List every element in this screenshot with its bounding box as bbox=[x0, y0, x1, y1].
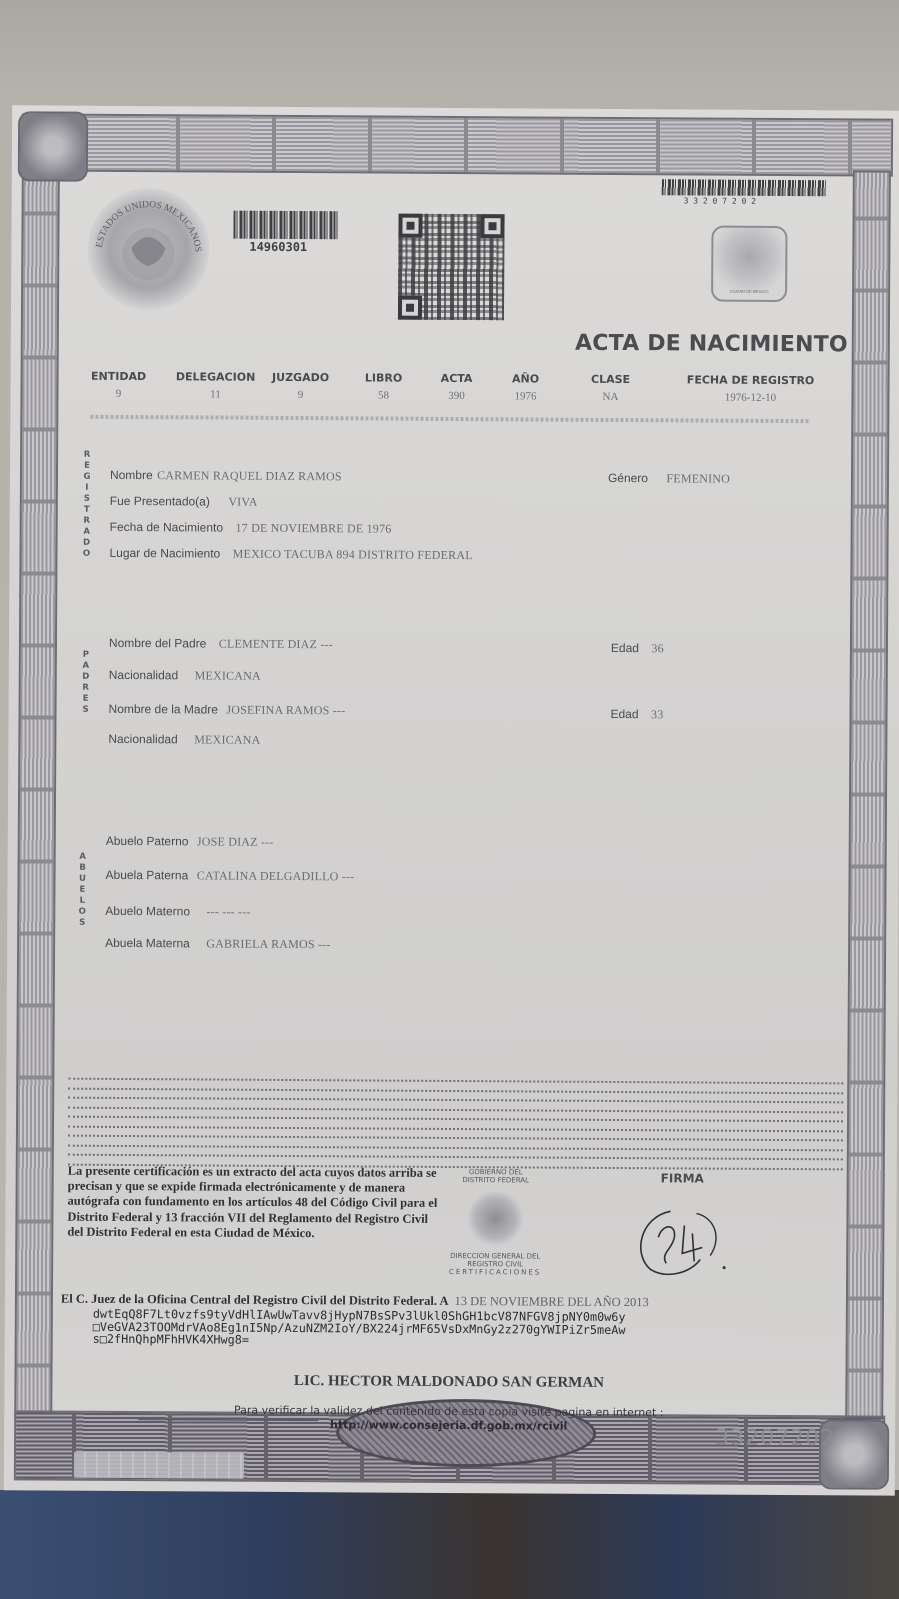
side-label-registrado: REGISTRADO bbox=[81, 450, 92, 560]
barcode-left-number: 14960301 bbox=[249, 240, 307, 254]
dotted-line bbox=[68, 1116, 843, 1123]
qr-finder bbox=[398, 214, 422, 238]
gdf-seal-icon bbox=[467, 1190, 523, 1246]
registry-field-entidad: ENTIDAD9 bbox=[90, 370, 146, 400]
registry-grid: ENTIDAD9 DELEGACION11 JUZGADO9 LIBRO58 A… bbox=[91, 370, 811, 374]
barcode-right-number: 3 3 2 0 7 2 0 2 bbox=[684, 196, 756, 205]
cdmx-stamp-icon: CIUDAD DE MEXICO bbox=[711, 226, 787, 302]
dir-line: CERTIFICACIONES bbox=[445, 1268, 545, 1277]
field-madre-nacionalidad: Nacionalidad MEXICANA bbox=[108, 730, 260, 749]
table-surface bbox=[0, 1490, 899, 1599]
registro-civil-watermark bbox=[74, 1452, 244, 1479]
registry-field-acta: ACTA390 bbox=[430, 372, 482, 402]
qr-code bbox=[398, 214, 505, 321]
qr-finder bbox=[480, 214, 504, 238]
ornamental-border-right bbox=[845, 170, 891, 1425]
field-padre-edad: Edad 36 bbox=[611, 639, 664, 657]
field-abuelo-materno: Abuelo Materno --- --- --- bbox=[105, 902, 250, 921]
field-nombre: Nombre CARMEN RAQUEL DIAZ RAMOS bbox=[110, 466, 342, 485]
field-abuelo-paterno: Abuelo Paterno JOSE DIAZ --- bbox=[106, 832, 274, 851]
electronic-signature-hash: dwtEqQ8F7Lt0vzfs9tyVdHlIAwUwTavv8jHypN7B… bbox=[93, 1308, 793, 1350]
dotted-line bbox=[68, 1125, 843, 1132]
field-padre-nacionalidad: Nacionalidad MEXICANA bbox=[109, 666, 261, 685]
field-abuela-paterna: Abuela Paterna CATALINA DELGADILLO --- bbox=[105, 866, 354, 886]
gov-line: DISTRITO FEDERAL bbox=[446, 1176, 546, 1185]
birth-certificate: ESTADOS UNIDOS MEXICANOS 14960301 3 3 2 … bbox=[4, 105, 899, 1495]
document-body: ESTADOS UNIDOS MEXICANOS 14960301 3 3 2 … bbox=[54, 172, 851, 1414]
registry-field-fecha-registro: FECHA DE REGISTRO1976-12-10 bbox=[680, 373, 820, 404]
side-label-padres: PADRES bbox=[81, 650, 91, 716]
gdf-emblem: GOBIERNO DEL DISTRITO FEDERAL DIRECCION … bbox=[445, 1168, 546, 1277]
official-name: LIC. HECTOR MALDONADO SAN GERMAN bbox=[54, 1372, 843, 1394]
microtext-line bbox=[90, 415, 810, 423]
stamp-caption: CIUDAD DE MEXICO bbox=[717, 289, 781, 294]
certification-legal-text: La presente certificación es un extracto… bbox=[67, 1164, 437, 1242]
registry-field-anio: AÑO1976 bbox=[500, 372, 550, 402]
side-label-abuelos: ABUELOS bbox=[77, 852, 87, 929]
field-lugar-nacimiento: Lugar de Nacimiento MEXICO TACUBA 894 DI… bbox=[109, 544, 472, 564]
qr-finder bbox=[398, 296, 422, 320]
document-title: ACTA DE NACIMIENTO bbox=[575, 331, 848, 358]
registry-field-delegacion: DELEGACION11 bbox=[170, 370, 260, 401]
barcode-left bbox=[233, 211, 337, 240]
handwritten-signature bbox=[630, 1203, 740, 1284]
field-presentado: Fue Presentado(a) VIVA bbox=[110, 492, 258, 511]
field-fecha-nacimiento: Fecha de Nacimiento 17 DE NOVIEMBRE DE 1… bbox=[110, 518, 392, 538]
field-madre: Nombre de la Madre JOSEFINA RAMOS --- bbox=[108, 700, 345, 719]
folio-number: 33207202 bbox=[715, 1426, 835, 1452]
registry-field-libro: LIBRO58 bbox=[358, 371, 408, 401]
field-abuela-materna: Abuela Materna GABRIELA RAMOS --- bbox=[105, 934, 331, 953]
registry-field-juzgado: JUZGADO9 bbox=[268, 371, 332, 401]
field-madre-edad: Edad 33 bbox=[610, 705, 663, 723]
dotted-line bbox=[68, 1106, 843, 1113]
field-padre: Nombre del Padre CLEMENTE DIAZ --- bbox=[109, 634, 333, 653]
dotted-line bbox=[68, 1078, 843, 1085]
registry-field-clase: CLASENA bbox=[580, 373, 640, 403]
dotted-line bbox=[68, 1154, 843, 1161]
firma-label: FIRMA bbox=[661, 1171, 704, 1185]
dotted-line bbox=[68, 1087, 843, 1094]
ornamental-border-left bbox=[14, 165, 60, 1420]
dotted-line bbox=[68, 1135, 843, 1142]
dotted-line bbox=[68, 1097, 843, 1104]
ornamental-border-top bbox=[22, 113, 893, 176]
seal-caption: ESTADOS UNIDOS MEXICANOS bbox=[87, 188, 210, 311]
barcode-right bbox=[662, 179, 826, 196]
dotted-line bbox=[68, 1144, 843, 1151]
field-genero: Género FEMENINO bbox=[608, 469, 730, 488]
